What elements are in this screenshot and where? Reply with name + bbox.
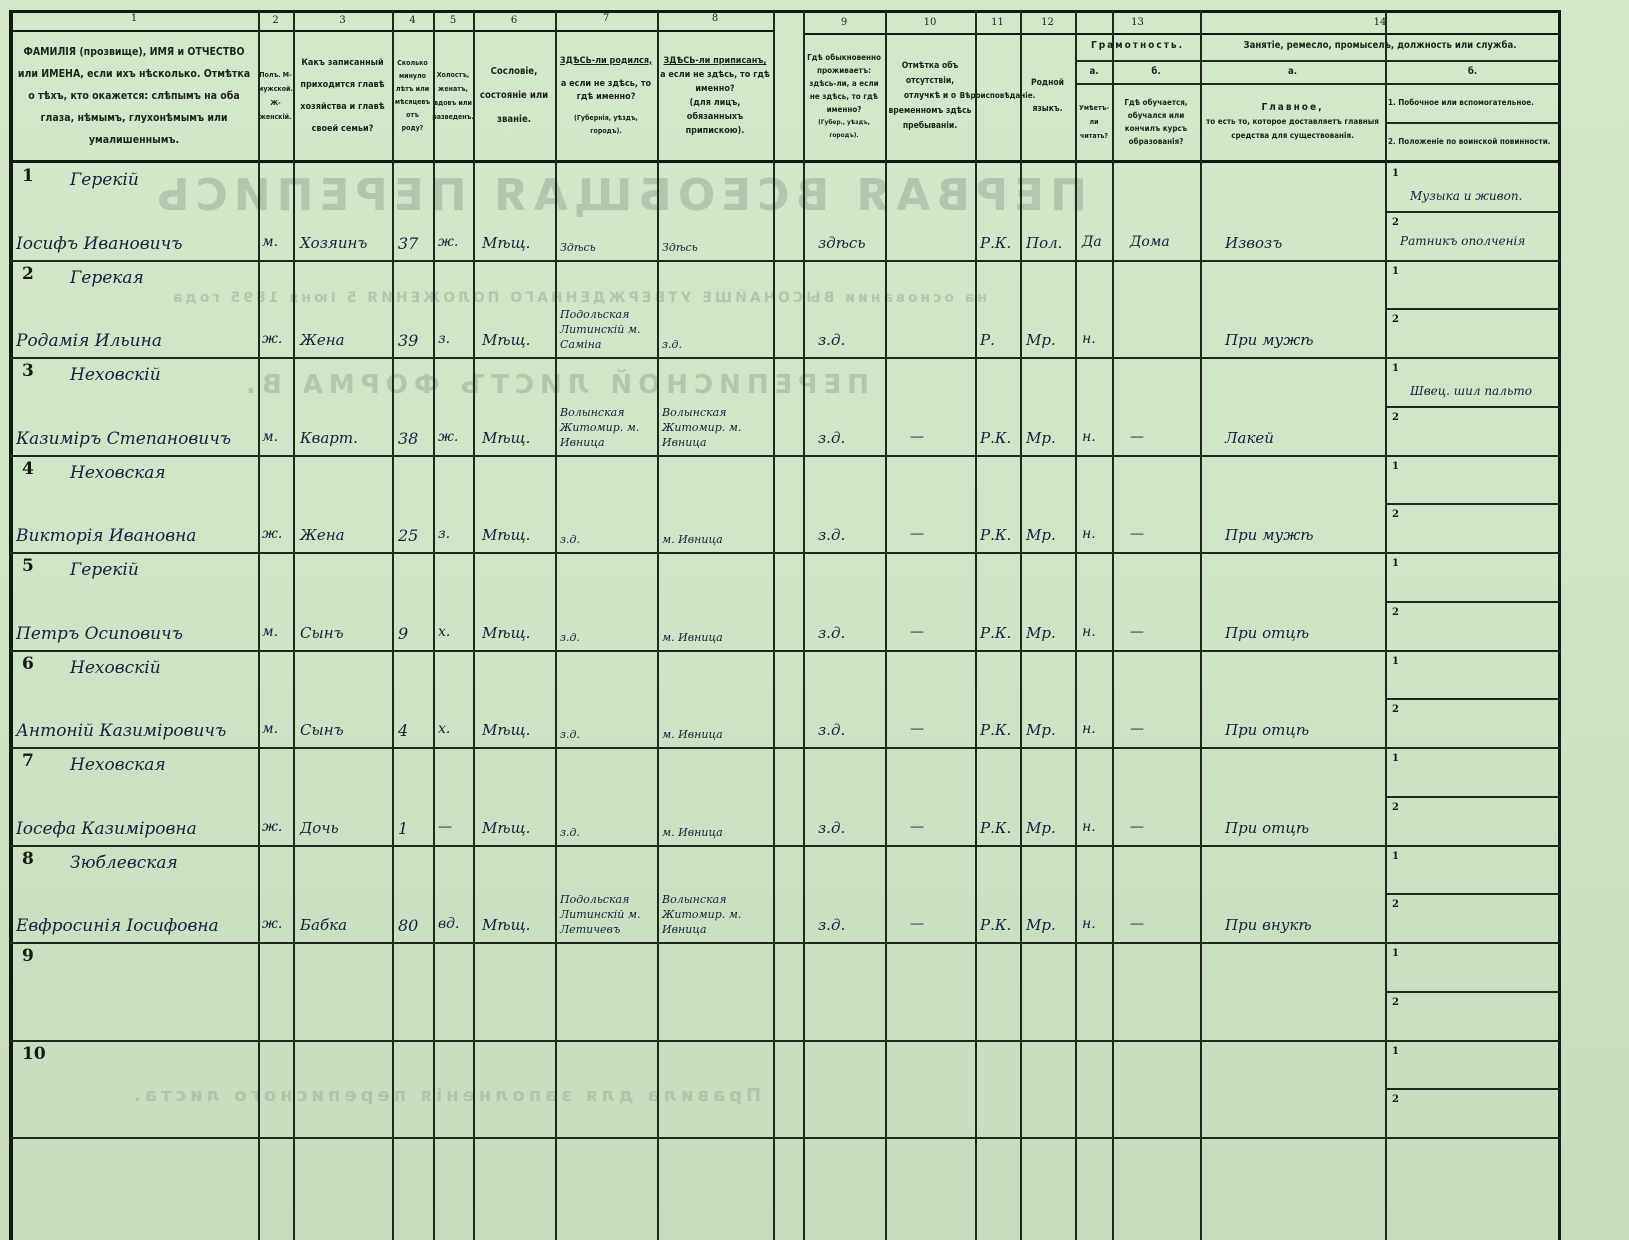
education[interactable]: —: [1130, 916, 1144, 932]
birthplace[interactable]: з.д.: [560, 495, 655, 548]
registration-place[interactable]: м. Ивница: [662, 495, 772, 548]
col-5-number: 5: [433, 15, 473, 26]
main-occupation[interactable]: Лакей: [1225, 429, 1274, 447]
column-divider: [1112, 10, 1114, 1240]
religion[interactable]: Р.: [980, 331, 995, 349]
can-read[interactable]: н.: [1082, 429, 1096, 445]
col-10-number: 10: [885, 17, 975, 28]
main-occupation[interactable]: При отцѣ: [1225, 721, 1309, 739]
military-status-marker: 2: [1392, 704, 1399, 715]
age[interactable]: 9: [398, 624, 408, 643]
surname[interactable]: Герекій: [70, 560, 139, 580]
col-3-number: 3: [293, 15, 392, 26]
registration-place[interactable]: м. Ивница: [662, 787, 772, 840]
col-8-header-a: ЗДѢСЬ-ли приписанъ,: [663, 54, 766, 68]
sex[interactable]: м.: [262, 234, 278, 250]
birthplace[interactable]: з.д.: [560, 787, 655, 840]
estate[interactable]: Мѣщ.: [482, 234, 530, 252]
military-status-marker: 2: [1392, 314, 1399, 325]
column-divider: [1385, 10, 1387, 1240]
col-11-number: 11: [975, 17, 1020, 28]
military-status[interactable]: Ратникъ ополченія: [1400, 234, 1525, 248]
given-name-patronymic[interactable]: Евфросинія Іосифовна: [16, 916, 219, 936]
col-9-number: 9: [803, 17, 885, 28]
side-occupation-marker: 1: [1392, 363, 1399, 374]
can-read[interactable]: Да: [1082, 234, 1102, 250]
column-divider: [803, 10, 805, 1240]
column-divider: [885, 10, 887, 1240]
row-divider: [10, 747, 1561, 749]
birthplace[interactable]: Подольская Литинскій м. Саміна: [560, 300, 655, 353]
registration-place[interactable]: м. Ивница: [662, 690, 772, 743]
given-name-patronymic[interactable]: Іосифъ Ивановичъ: [16, 234, 183, 254]
sex[interactable]: м.: [262, 721, 278, 737]
given-name-patronymic[interactable]: Іосефа Казиміровна: [16, 819, 197, 839]
col-4-header: Сколько минуло лѣтъ или мѣсяцевъ отъ род…: [393, 32, 432, 160]
age[interactable]: 38: [398, 429, 418, 448]
frame-right: [1558, 10, 1561, 1240]
col-4-number: 4: [392, 15, 433, 26]
registration-place[interactable]: Волынская Житомир. м. Ивница: [662, 885, 772, 938]
can-read[interactable]: н.: [1082, 721, 1096, 737]
column-divider: [293, 10, 295, 1240]
absence-note[interactable]: —: [910, 624, 924, 640]
side-occupation-marker: 1: [1392, 948, 1399, 959]
row-subdivider: [1385, 796, 1560, 798]
estate[interactable]: Мѣщ.: [482, 331, 530, 349]
relation-to-head[interactable]: Жена: [300, 331, 345, 349]
row-number: 5: [22, 556, 34, 576]
col-12-number: 12: [1020, 17, 1075, 28]
col-14-sub-b: б.: [1386, 61, 1559, 83]
side-occupation[interactable]: Музыка и живоп.: [1410, 189, 1522, 203]
row-divider: [10, 650, 1561, 652]
row-subdivider: [1385, 698, 1560, 700]
estate[interactable]: Мѣщ.: [482, 526, 530, 544]
main-occupation[interactable]: Извозъ: [1225, 234, 1282, 252]
religion[interactable]: Р.К.: [980, 819, 1011, 837]
religion[interactable]: Р.К.: [980, 234, 1011, 252]
registration-place[interactable]: Волынская Житомир. м. Ивница: [662, 397, 772, 450]
column-divider: [1020, 10, 1022, 1240]
marital-status[interactable]: з.: [438, 331, 450, 347]
col-9-header-c: (Губер., уѣздъ, городъ).: [806, 116, 882, 142]
column-divider: [433, 10, 435, 1240]
age[interactable]: 4: [398, 721, 408, 740]
col-6-number: 6: [473, 15, 555, 26]
education[interactable]: Дома: [1130, 234, 1170, 250]
row-number: 9: [22, 946, 34, 966]
col-14-sub-a-text: Главное, то есть то, которое доставляетъ…: [1201, 84, 1384, 160]
col-8-header-c: (для лицъ, обязанныхъ припискою).: [660, 96, 770, 138]
col-13-sub-b: б.: [1113, 61, 1199, 83]
row-number: 6: [22, 654, 34, 674]
military-status-marker: 2: [1392, 899, 1399, 910]
absence-note[interactable]: —: [910, 721, 924, 737]
row-divider: [10, 1137, 1561, 1139]
registration-place[interactable]: [662, 1080, 772, 1133]
side-occupation-marker: 1: [1392, 851, 1399, 862]
birthplace[interactable]: Здѣсь: [560, 202, 655, 255]
col-7-number: 7: [555, 13, 657, 24]
education[interactable]: —: [1130, 624, 1144, 640]
religion[interactable]: Р.К.: [980, 429, 1011, 447]
surname[interactable]: Неховскій: [70, 365, 161, 385]
can-read[interactable]: н.: [1082, 624, 1096, 640]
registration-place[interactable]: з.д.: [662, 300, 772, 353]
absence-note[interactable]: —: [910, 916, 924, 932]
col-1-header: ФАМИЛІЯ (прозвище), ИМЯ и ОТЧЕСТВО или И…: [12, 32, 256, 160]
col-9-header-b: здѣсь-ли, а если не здѣсь, то гдѣ именно…: [806, 77, 882, 116]
row-subdivider: [1385, 893, 1560, 895]
row-divider: [10, 1040, 1561, 1042]
col-14-header: Занятіе, ремесло, промыселъ, должность и…: [1201, 32, 1559, 60]
given-name-patronymic[interactable]: Казиміръ Степановичъ: [16, 429, 231, 449]
marital-status[interactable]: з.: [438, 526, 450, 542]
col-14-sub-a: а.: [1201, 61, 1384, 83]
surname[interactable]: Герекая: [70, 268, 144, 288]
can-read[interactable]: н.: [1082, 916, 1096, 932]
sex[interactable]: ж.: [262, 331, 282, 347]
birthplace[interactable]: [560, 982, 655, 1035]
absence-note[interactable]: —: [910, 526, 924, 542]
sex[interactable]: ж.: [262, 526, 282, 542]
column-divider: [975, 10, 977, 1240]
side-occupation-marker: 1: [1392, 558, 1399, 569]
registration-place[interactable]: [662, 982, 772, 1035]
relation-to-head[interactable]: Хозяинъ: [300, 234, 367, 252]
birthplace[interactable]: з.д.: [560, 690, 655, 743]
row-divider: [10, 552, 1561, 554]
relation-to-head[interactable]: Кварт.: [300, 429, 358, 447]
registration-place[interactable]: м. Ивница: [662, 592, 772, 645]
relation-to-head[interactable]: Бабка: [300, 916, 347, 934]
row-number: 8: [22, 849, 34, 869]
side-occupation-marker: 1: [1392, 656, 1399, 667]
relation-to-head[interactable]: Сынъ: [300, 721, 344, 739]
residence[interactable]: з.д.: [818, 331, 845, 349]
residence[interactable]: здѣсь: [818, 234, 866, 252]
side-occupation-marker: 1: [1392, 461, 1399, 472]
marital-status[interactable]: х.: [438, 624, 450, 640]
row-number: 1: [22, 166, 34, 186]
row-divider: [10, 357, 1561, 359]
residence[interactable]: з.д.: [818, 429, 845, 447]
main-occupation[interactable]: При отцѣ: [1225, 624, 1309, 642]
col-2-header: Полъ. М-мужской. Ж-женскій.: [259, 32, 292, 160]
col-9-header-a: Гдѣ обыкновенно проживаетъ:: [806, 51, 882, 77]
residence[interactable]: з.д.: [818, 721, 845, 739]
col-14-main-label: Главное,: [1261, 101, 1323, 115]
side-occupation-marker: 1: [1392, 1046, 1399, 1057]
col-7-header: ЗДѢСЬ-ли родился, а если не здѣсь, то гд…: [556, 32, 656, 160]
military-status-marker: 2: [1392, 217, 1399, 228]
absence-note[interactable]: —: [910, 429, 924, 445]
row-divider: [10, 942, 1561, 944]
military-status-marker: 2: [1392, 802, 1399, 813]
age[interactable]: 39: [398, 331, 418, 350]
col-12-header: Родной языкъ.: [1021, 32, 1074, 160]
sex[interactable]: м.: [262, 429, 278, 445]
column-divider: [1200, 10, 1202, 1240]
native-language[interactable]: Пол.: [1026, 234, 1062, 252]
col-6-header: Сословіе, состояніе или званіе.: [474, 32, 554, 160]
native-language[interactable]: Мр.: [1026, 526, 1056, 544]
row-number: 2: [22, 264, 34, 284]
census-sheet: ПЕРВАЯ ВСЕОБЩАЯ ПЕРЕПИСЬ на основании ВЫ…: [0, 0, 1629, 1240]
birthplace[interactable]: Волынская Житомир. м. Ивница: [560, 397, 655, 450]
main-occupation[interactable]: При отцѣ: [1225, 819, 1309, 837]
row-number: 4: [22, 459, 34, 479]
marital-status[interactable]: х.: [438, 721, 450, 737]
marital-status[interactable]: ж.: [438, 429, 458, 445]
residence[interactable]: з.д.: [818, 916, 845, 934]
military-status-marker: 2: [1392, 1094, 1399, 1105]
main-occupation[interactable]: При мужѣ: [1225, 331, 1314, 349]
side-occupation[interactable]: Швец. шил пальто: [1410, 384, 1532, 398]
education[interactable]: —: [1130, 526, 1144, 542]
given-name-patronymic[interactable]: Петръ Осиповичъ: [16, 624, 183, 644]
native-language[interactable]: Мр.: [1026, 721, 1056, 739]
row-subdivider: [1385, 601, 1560, 603]
surname[interactable]: Неховскій: [70, 658, 161, 678]
age[interactable]: 1: [398, 819, 408, 838]
frame-left: [9, 10, 13, 1240]
col-9-header: Гдѣ обыкновенно проживаетъ: здѣсь-ли, а …: [804, 32, 884, 160]
col-13-number: 13: [1075, 17, 1200, 28]
column-divider: [773, 10, 775, 1240]
main-occupation[interactable]: При мужѣ: [1225, 526, 1314, 544]
row-divider: [10, 455, 1561, 457]
education[interactable]: —: [1130, 819, 1144, 835]
column-divider: [555, 10, 557, 1240]
native-language[interactable]: Мр.: [1026, 624, 1056, 642]
estate[interactable]: Мѣщ.: [482, 916, 530, 934]
can-read[interactable]: н.: [1082, 819, 1096, 835]
estate[interactable]: Мѣщ.: [482, 819, 530, 837]
surname[interactable]: Зюблевская: [70, 853, 178, 873]
column-divider: [657, 10, 659, 1240]
relation-to-head[interactable]: Сынъ: [300, 624, 344, 642]
col-8-number: 8: [657, 13, 773, 24]
side-occupation-marker: 1: [1392, 168, 1399, 179]
col-14-number: 14: [1200, 17, 1560, 28]
col-13-sub-b-text: Гдѣ обучается, обучался или кончилъ курс…: [1113, 84, 1199, 160]
religion[interactable]: Р.К.: [980, 916, 1011, 934]
row-subdivider: [1385, 1088, 1560, 1090]
column-divider: [258, 10, 260, 1240]
col-5-header: Холостъ, женатъ, вдовъ или разведенъ.: [434, 32, 472, 160]
estate[interactable]: Мѣщ.: [482, 429, 530, 447]
col-14-side-label: 1. Побочное или вспомогательное.: [1386, 84, 1559, 122]
given-name-patronymic[interactable]: Викторія Ивановна: [16, 526, 196, 546]
header-bottom-rule: [10, 160, 1561, 163]
column-divider: [392, 10, 394, 1240]
col-2-number: 2: [258, 15, 293, 26]
can-read[interactable]: н.: [1082, 331, 1096, 347]
col-11-header: Вѣроисповѣданіе.: [976, 32, 1019, 160]
col-13-sub-a-text: Умѣетъ-ли читать?: [1076, 84, 1112, 160]
col-1-number: 1: [10, 13, 258, 24]
column-divider: [473, 10, 475, 1240]
estate[interactable]: Мѣщ.: [482, 624, 530, 642]
religion[interactable]: Р.К.: [980, 526, 1011, 544]
row-subdivider: [1385, 406, 1560, 408]
row-divider: [10, 845, 1561, 847]
registration-place[interactable]: Здѣсь: [662, 202, 772, 255]
side-occupation-marker: 1: [1392, 266, 1399, 277]
relation-to-head[interactable]: Дочь: [300, 819, 339, 837]
native-language[interactable]: Мр.: [1026, 429, 1056, 447]
surname[interactable]: Неховская: [70, 755, 166, 775]
residence[interactable]: з.д.: [818, 819, 845, 837]
col-13-header: Грамотность.: [1076, 32, 1199, 60]
education[interactable]: —: [1130, 721, 1144, 737]
row-number: 3: [22, 361, 34, 381]
given-name-patronymic[interactable]: Родамія Ильина: [16, 331, 162, 351]
education[interactable]: —: [1130, 429, 1144, 445]
military-status-marker: 2: [1392, 997, 1399, 1008]
row-number: 7: [22, 751, 34, 771]
sex[interactable]: ж.: [262, 916, 282, 932]
residence[interactable]: з.д.: [818, 624, 845, 642]
sex[interactable]: м.: [262, 624, 278, 640]
birthplace[interactable]: з.д.: [560, 592, 655, 645]
row-subdivider: [1385, 308, 1560, 310]
absence-note[interactable]: —: [910, 819, 924, 835]
surname[interactable]: Герекій: [70, 170, 139, 190]
age[interactable]: 80: [398, 916, 418, 935]
col-8-header-b: а если не здѣсь, то гдѣ именно?: [660, 68, 770, 96]
sex[interactable]: ж.: [262, 819, 282, 835]
col-7-header-c: (Губернія, уѣздъ, городъ).: [558, 112, 654, 138]
col-14-main-desc: то есть то, которое доставляетъ главныя …: [1203, 115, 1382, 143]
can-read[interactable]: н.: [1082, 526, 1096, 542]
age[interactable]: 25: [398, 526, 418, 545]
given-name-patronymic[interactable]: Антоній Казиміровичъ: [16, 721, 226, 741]
col-13-sub-a: а.: [1076, 61, 1112, 83]
residence[interactable]: з.д.: [818, 526, 845, 544]
native-language[interactable]: Мр.: [1026, 819, 1056, 837]
age[interactable]: 37: [398, 234, 418, 253]
col-7-header-a: ЗДѢСЬ-ли родился,: [560, 55, 652, 68]
marital-status[interactable]: ж.: [438, 234, 458, 250]
row-divider: [10, 260, 1561, 262]
military-status-marker: 2: [1392, 412, 1399, 423]
marital-status[interactable]: —: [438, 819, 452, 835]
row-subdivider: [1385, 991, 1560, 993]
col-14-military-label: 2. Положеніе по воинской повинности.: [1386, 123, 1559, 160]
main-occupation[interactable]: При внукѣ: [1225, 916, 1312, 934]
military-status-marker: 2: [1392, 509, 1399, 520]
column-divider: [1075, 10, 1077, 1240]
col-8-header: ЗДѢСЬ-ли приписанъ, а если не здѣсь, то …: [658, 32, 772, 160]
religion[interactable]: Р.К.: [980, 721, 1011, 739]
marital-status[interactable]: вд.: [438, 916, 459, 932]
religion[interactable]: Р.К.: [980, 624, 1011, 642]
row-subdivider: [1385, 211, 1560, 213]
military-status-marker: 2: [1392, 607, 1399, 618]
native-language[interactable]: Мр.: [1026, 916, 1056, 934]
native-language[interactable]: Мр.: [1026, 331, 1056, 349]
row-number: 10: [22, 1044, 46, 1064]
col-3-header: Какъ записанный приходится главѣ хозяйст…: [294, 32, 391, 160]
estate[interactable]: Мѣщ.: [482, 721, 530, 739]
relation-to-head[interactable]: Жена: [300, 526, 345, 544]
row-subdivider: [1385, 503, 1560, 505]
birthplace[interactable]: Подольская Литинскій м. Летичевъ: [560, 885, 655, 938]
birthplace[interactable]: [560, 1080, 655, 1133]
side-occupation-marker: 1: [1392, 753, 1399, 764]
col-7-header-b: а если не здѣсь, то гдѣ именно?: [558, 78, 654, 104]
surname[interactable]: Неховская: [70, 463, 166, 483]
